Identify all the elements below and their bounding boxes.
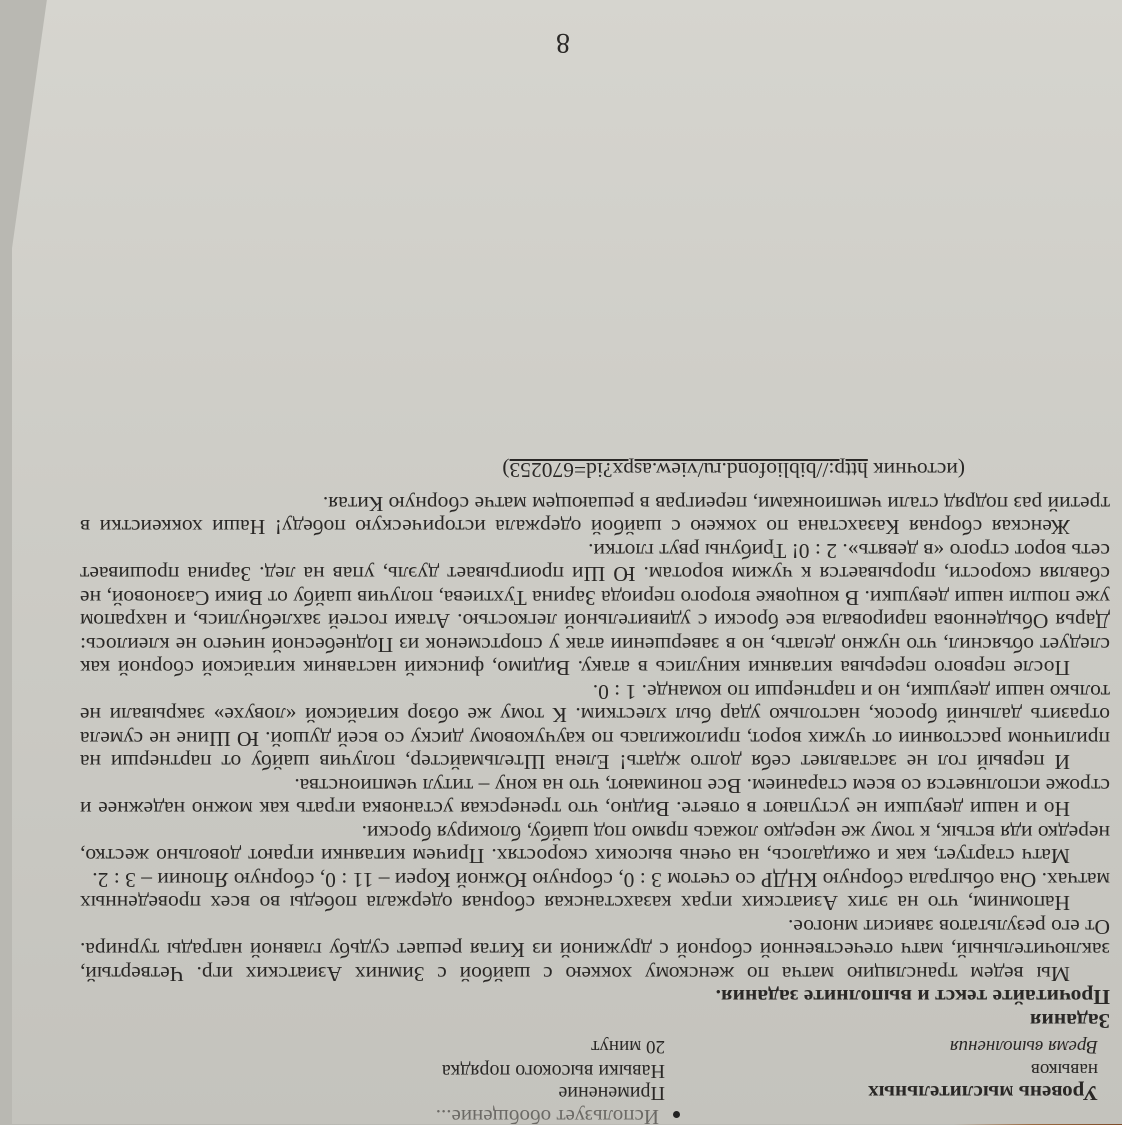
paragraph: После первого перерыва китаянки кинулись…	[80, 539, 1110, 680]
task-body: Задания Прочитайте текст и выполните зад…	[80, 458, 1110, 1032]
thinking-level-values: Применение Навыки высокого порядка	[442, 1060, 665, 1104]
time-value: 20 минут	[591, 1035, 665, 1059]
level-value-higher-order: Навыки высокого порядка	[442, 1060, 665, 1082]
source-link[interactable]: http://bibliofond.ru/view.aspx?id=670253	[510, 459, 868, 483]
level-value-application: Применение	[442, 1082, 665, 1104]
source-citation: (источник http://bibliofond.ru/view.aspx…	[80, 458, 965, 482]
paragraph: Напомним, что на этих Азиатских играх ка…	[80, 868, 1110, 915]
paragraph: И первый гол не заставляет себя долго жд…	[80, 680, 1110, 774]
instruction: Прочитайте текст и выполните задания.	[80, 985, 1110, 1009]
thinking-level-label-cont: навыков	[1031, 1058, 1098, 1082]
tasks-heading: Задания	[80, 1009, 1110, 1033]
time-label: Время выполнения	[950, 1035, 1098, 1059]
paragraph: Но и наши девушки не уступают в ответе. …	[80, 774, 1110, 821]
printed-page: Использует обобщение... Уровень мыслител…	[12, 0, 1122, 1124]
page-number: 8	[556, 31, 570, 55]
bullet-icon	[673, 1111, 680, 1118]
thinking-level-label: Уровень мыслительных	[868, 1081, 1098, 1105]
paragraph: Матч стартует, как и ожидалось, на очень…	[80, 821, 1110, 868]
paragraph: Мы ведем трансляцию матча по женскому хо…	[80, 915, 1110, 986]
paragraph: Женская сборная Казахстана по хоккею с ш…	[80, 492, 1110, 539]
task-metadata-header: Использует обобщение... Уровень мыслител…	[80, 1048, 1110, 1118]
bullet-item: Использует обобщение...	[436, 1105, 680, 1125]
